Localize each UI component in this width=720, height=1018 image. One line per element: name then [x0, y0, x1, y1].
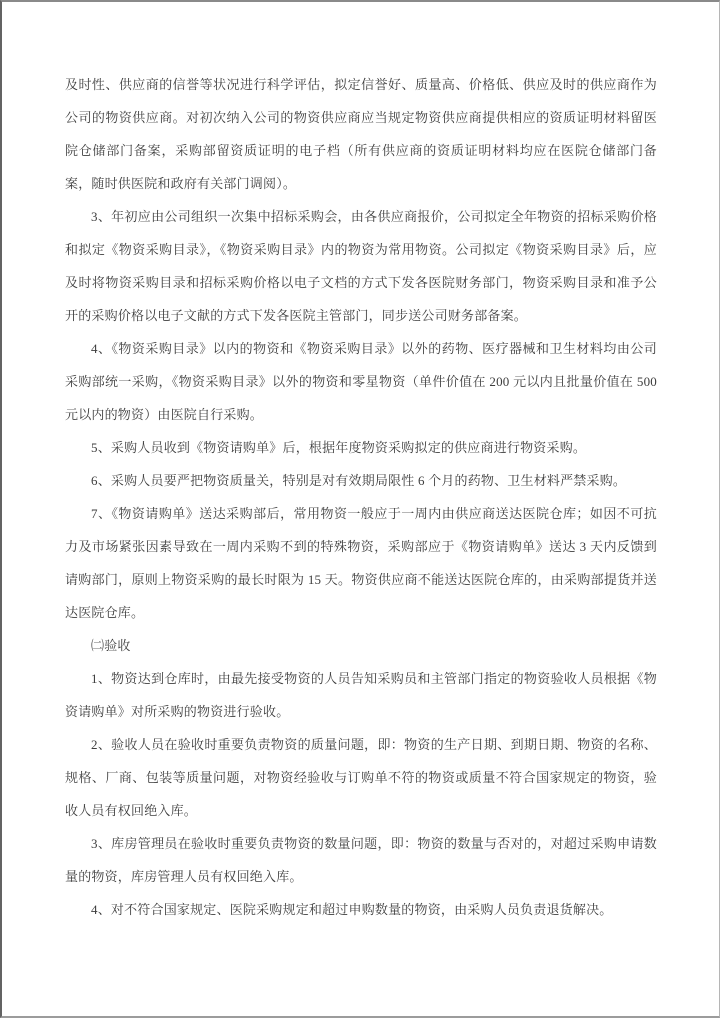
paragraph-continuation: 及时性、供应商的信誉等状况进行科学评估，拟定信誉好、质量高、价格低、供应及时的供…	[65, 68, 657, 200]
document-body: 及时性、供应商的信誉等状况进行科学评估，拟定信誉好、质量高、价格低、供应及时的供…	[65, 68, 657, 926]
section-heading-acceptance: ㈡验收	[65, 629, 657, 662]
paragraph-item-5: 5、采购人员收到《物资请购单》后，根据年度物资采购拟定的供应商进行物资采购。	[65, 431, 657, 464]
paragraph-acceptance-3: 3、库房管理员在验收时重要负责物资的数量问题，即：物资的数量与否对的，对超过采购…	[65, 827, 657, 893]
paragraph-item-3: 3、年初应由公司组织一次集中招标采购会，由各供应商报价，公司拟定全年物资的招标采…	[65, 200, 657, 332]
paragraph-item-7: 7、《物资请购单》送达采购部后，常用物资一般应于一周内由供应商送达医院仓库；如因…	[65, 497, 657, 629]
document-page: 及时性、供应商的信誉等状况进行科学评估，拟定信誉好、质量高、价格低、供应及时的供…	[0, 0, 720, 1018]
paragraph-item-6: 6、采购人员要严把物资质量关，特别是对有效期局限性 6 个月的药物、卫生材料严禁…	[65, 464, 657, 497]
paragraph-acceptance-1: 1、物资达到仓库时，由最先接受物资的人员告知采购员和主管部门指定的物资验收人员根…	[65, 662, 657, 728]
paragraph-item-4: 4、《物资采购目录》以内的物资和《物资采购目录》以外的药物、医疗器械和卫生材料均…	[65, 332, 657, 431]
paragraph-acceptance-4: 4、对不符合国家规定、医院采购规定和超过申购数量的物资，由采购人员负责退货解决。	[65, 893, 657, 926]
paragraph-acceptance-2: 2、验收人员在验收时重要负责物资的质量问题，即：物资的生产日期、到期日期、物资的…	[65, 728, 657, 827]
